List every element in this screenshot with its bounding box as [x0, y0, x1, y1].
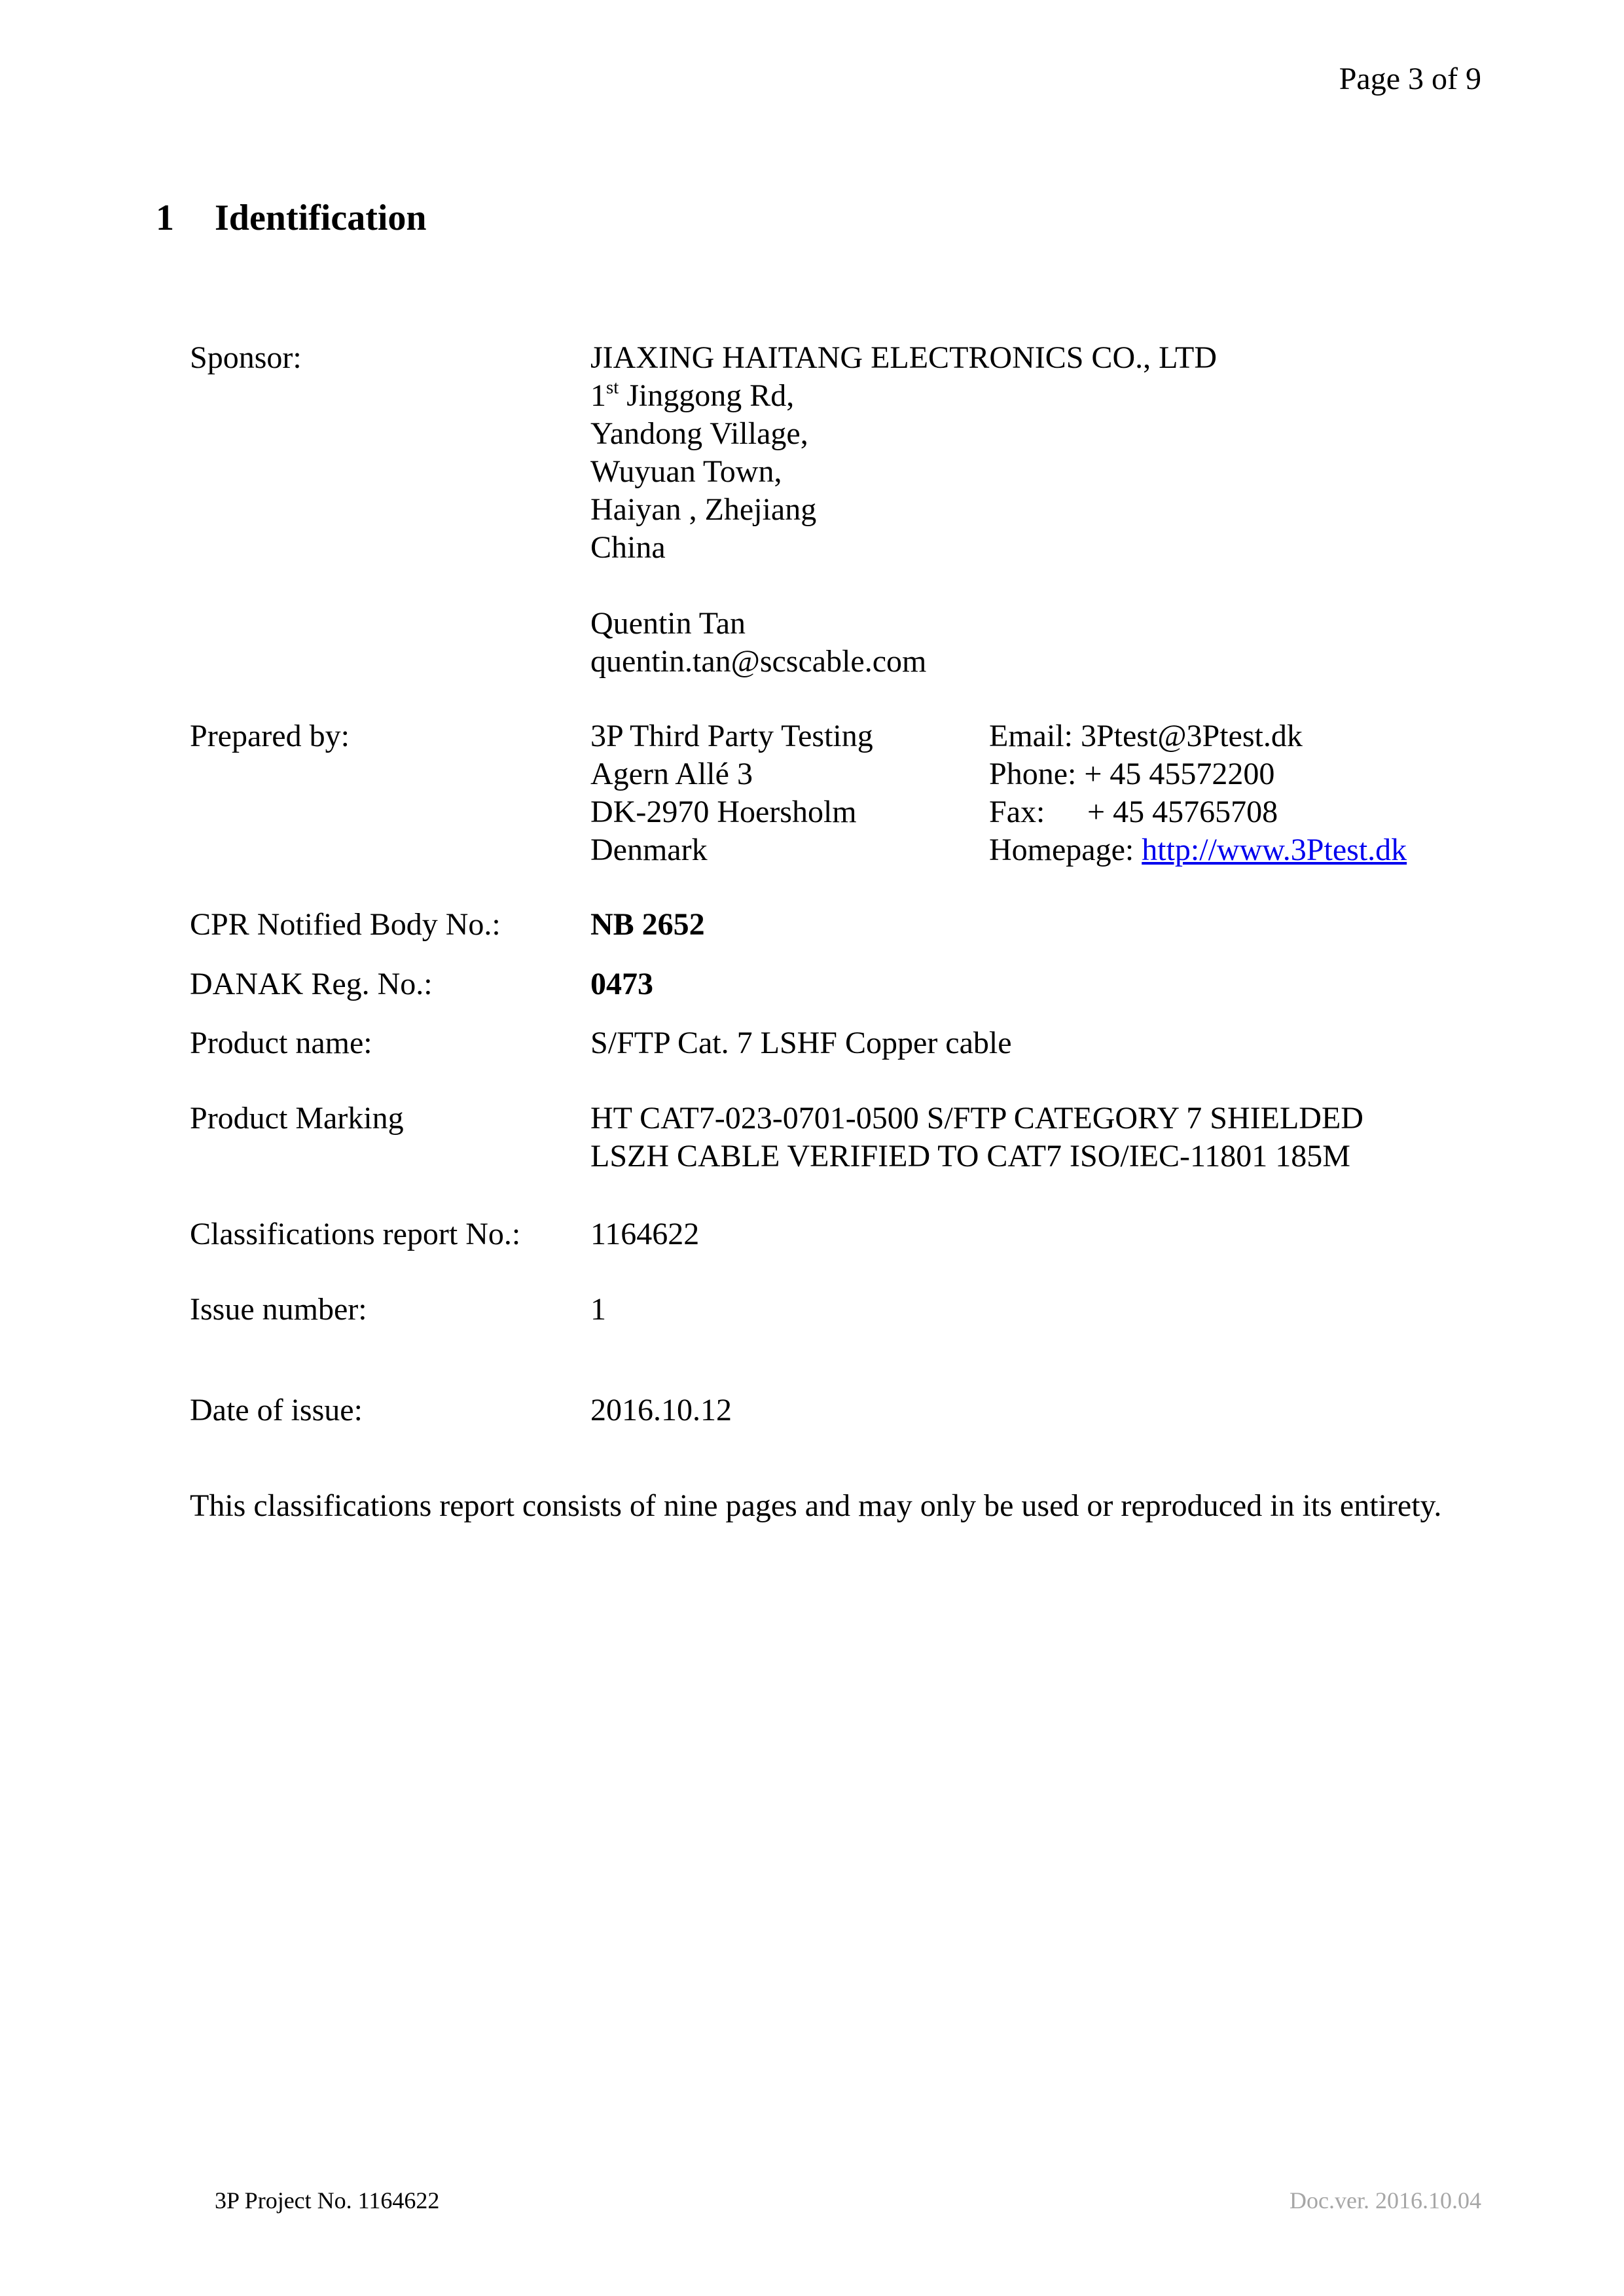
product-marking-value: HT CAT7-023-0701-0500 S/FTP CATEGORY 7 S… [590, 1100, 1363, 1175]
lab-homepage: Homepage: http://www.3Ptest.dk [989, 831, 1407, 869]
lab-country: Denmark [590, 831, 873, 869]
product-marking-line1: HT CAT7-023-0701-0500 S/FTP CATEGORY 7 S… [590, 1100, 1363, 1138]
issue-number-label: Issue number: [190, 1291, 367, 1329]
danak-value: 0473 [590, 965, 653, 1003]
product-name-value: S/FTP Cat. 7 LSHF Copper cable [590, 1024, 1012, 1062]
street-name: Jinggong Rd, [619, 378, 794, 413]
cpr-value: NB 2652 [590, 906, 705, 944]
product-marking-line2: LSZH CABLE VERIFIED TO CAT7 ISO/IEC-1180… [590, 1138, 1363, 1175]
issue-number-value: 1 [590, 1291, 606, 1329]
lab-street: Agern Allé 3 [590, 755, 873, 793]
sponsor-company: JIAXING HAITANG ELECTRONICS CO., LTD [590, 339, 1217, 377]
report-statement: This classifications report consists of … [190, 1487, 1447, 1525]
sponsor-address-line4: Haiyan , Zhejiang [590, 491, 1217, 529]
lab-name: 3P Third Party Testing [590, 717, 873, 755]
section-title: Identification [215, 198, 427, 238]
sponsor-address-line1: 1st Jinggong Rd, [590, 377, 1217, 415]
sponsor-address-line5: China [590, 529, 1217, 567]
report-number-value: 1164622 [590, 1215, 699, 1253]
sponsor-contact-email: quentin.tan@scscable.com [590, 643, 1217, 681]
date-of-issue-value: 2016.10.12 [590, 1391, 732, 1429]
prepared-by-address: 3P Third Party Testing Agern Allé 3 DK-2… [590, 717, 873, 869]
sponsor-contact-name: Quentin Tan [590, 605, 1217, 643]
section-heading: 1Identification [156, 195, 427, 241]
footer-doc-version: Doc.ver. 2016.10.04 [1290, 2186, 1481, 2215]
danak-label: DANAK Reg. No.: [190, 965, 433, 1003]
homepage-label: Homepage: [989, 833, 1142, 867]
lab-fax: Fax:+ 45 45765708 [989, 793, 1407, 831]
fax-label: Fax: [989, 793, 1087, 831]
street-number: 1 [590, 378, 606, 413]
lab-email: Email: 3Ptest@3Ptest.dk [989, 717, 1407, 755]
ordinal-suffix: st [606, 377, 619, 398]
cpr-label: CPR Notified Body No.: [190, 906, 501, 944]
product-marking-label: Product Marking [190, 1100, 404, 1138]
lab-city: DK-2970 Hoersholm [590, 793, 873, 831]
product-name-label: Product name: [190, 1024, 372, 1062]
page-number: Page 3 of 9 [1339, 60, 1481, 98]
homepage-link[interactable]: http://www.3Ptest.dk [1142, 833, 1407, 867]
prepared-by-label: Prepared by: [190, 717, 350, 755]
sponsor-address-line3: Wuyuan Town, [590, 453, 1217, 491]
footer-project-number: 3P Project No. 1164622 [215, 2186, 439, 2215]
date-of-issue-label: Date of issue: [190, 1391, 363, 1429]
sponsor-label: Sponsor: [190, 339, 302, 377]
lab-phone: Phone: + 45 45572200 [989, 755, 1407, 793]
report-number-label: Classifications report No.: [190, 1215, 520, 1253]
prepared-by-contact: Email: 3Ptest@3Ptest.dk Phone: + 45 4557… [989, 717, 1407, 869]
fax-value: + 45 45765708 [1087, 795, 1278, 829]
sponsor-address-line2: Yandong Village, [590, 415, 1217, 453]
section-number: 1 [156, 195, 215, 241]
sponsor-block: JIAXING HAITANG ELECTRONICS CO., LTD 1st… [590, 339, 1217, 681]
